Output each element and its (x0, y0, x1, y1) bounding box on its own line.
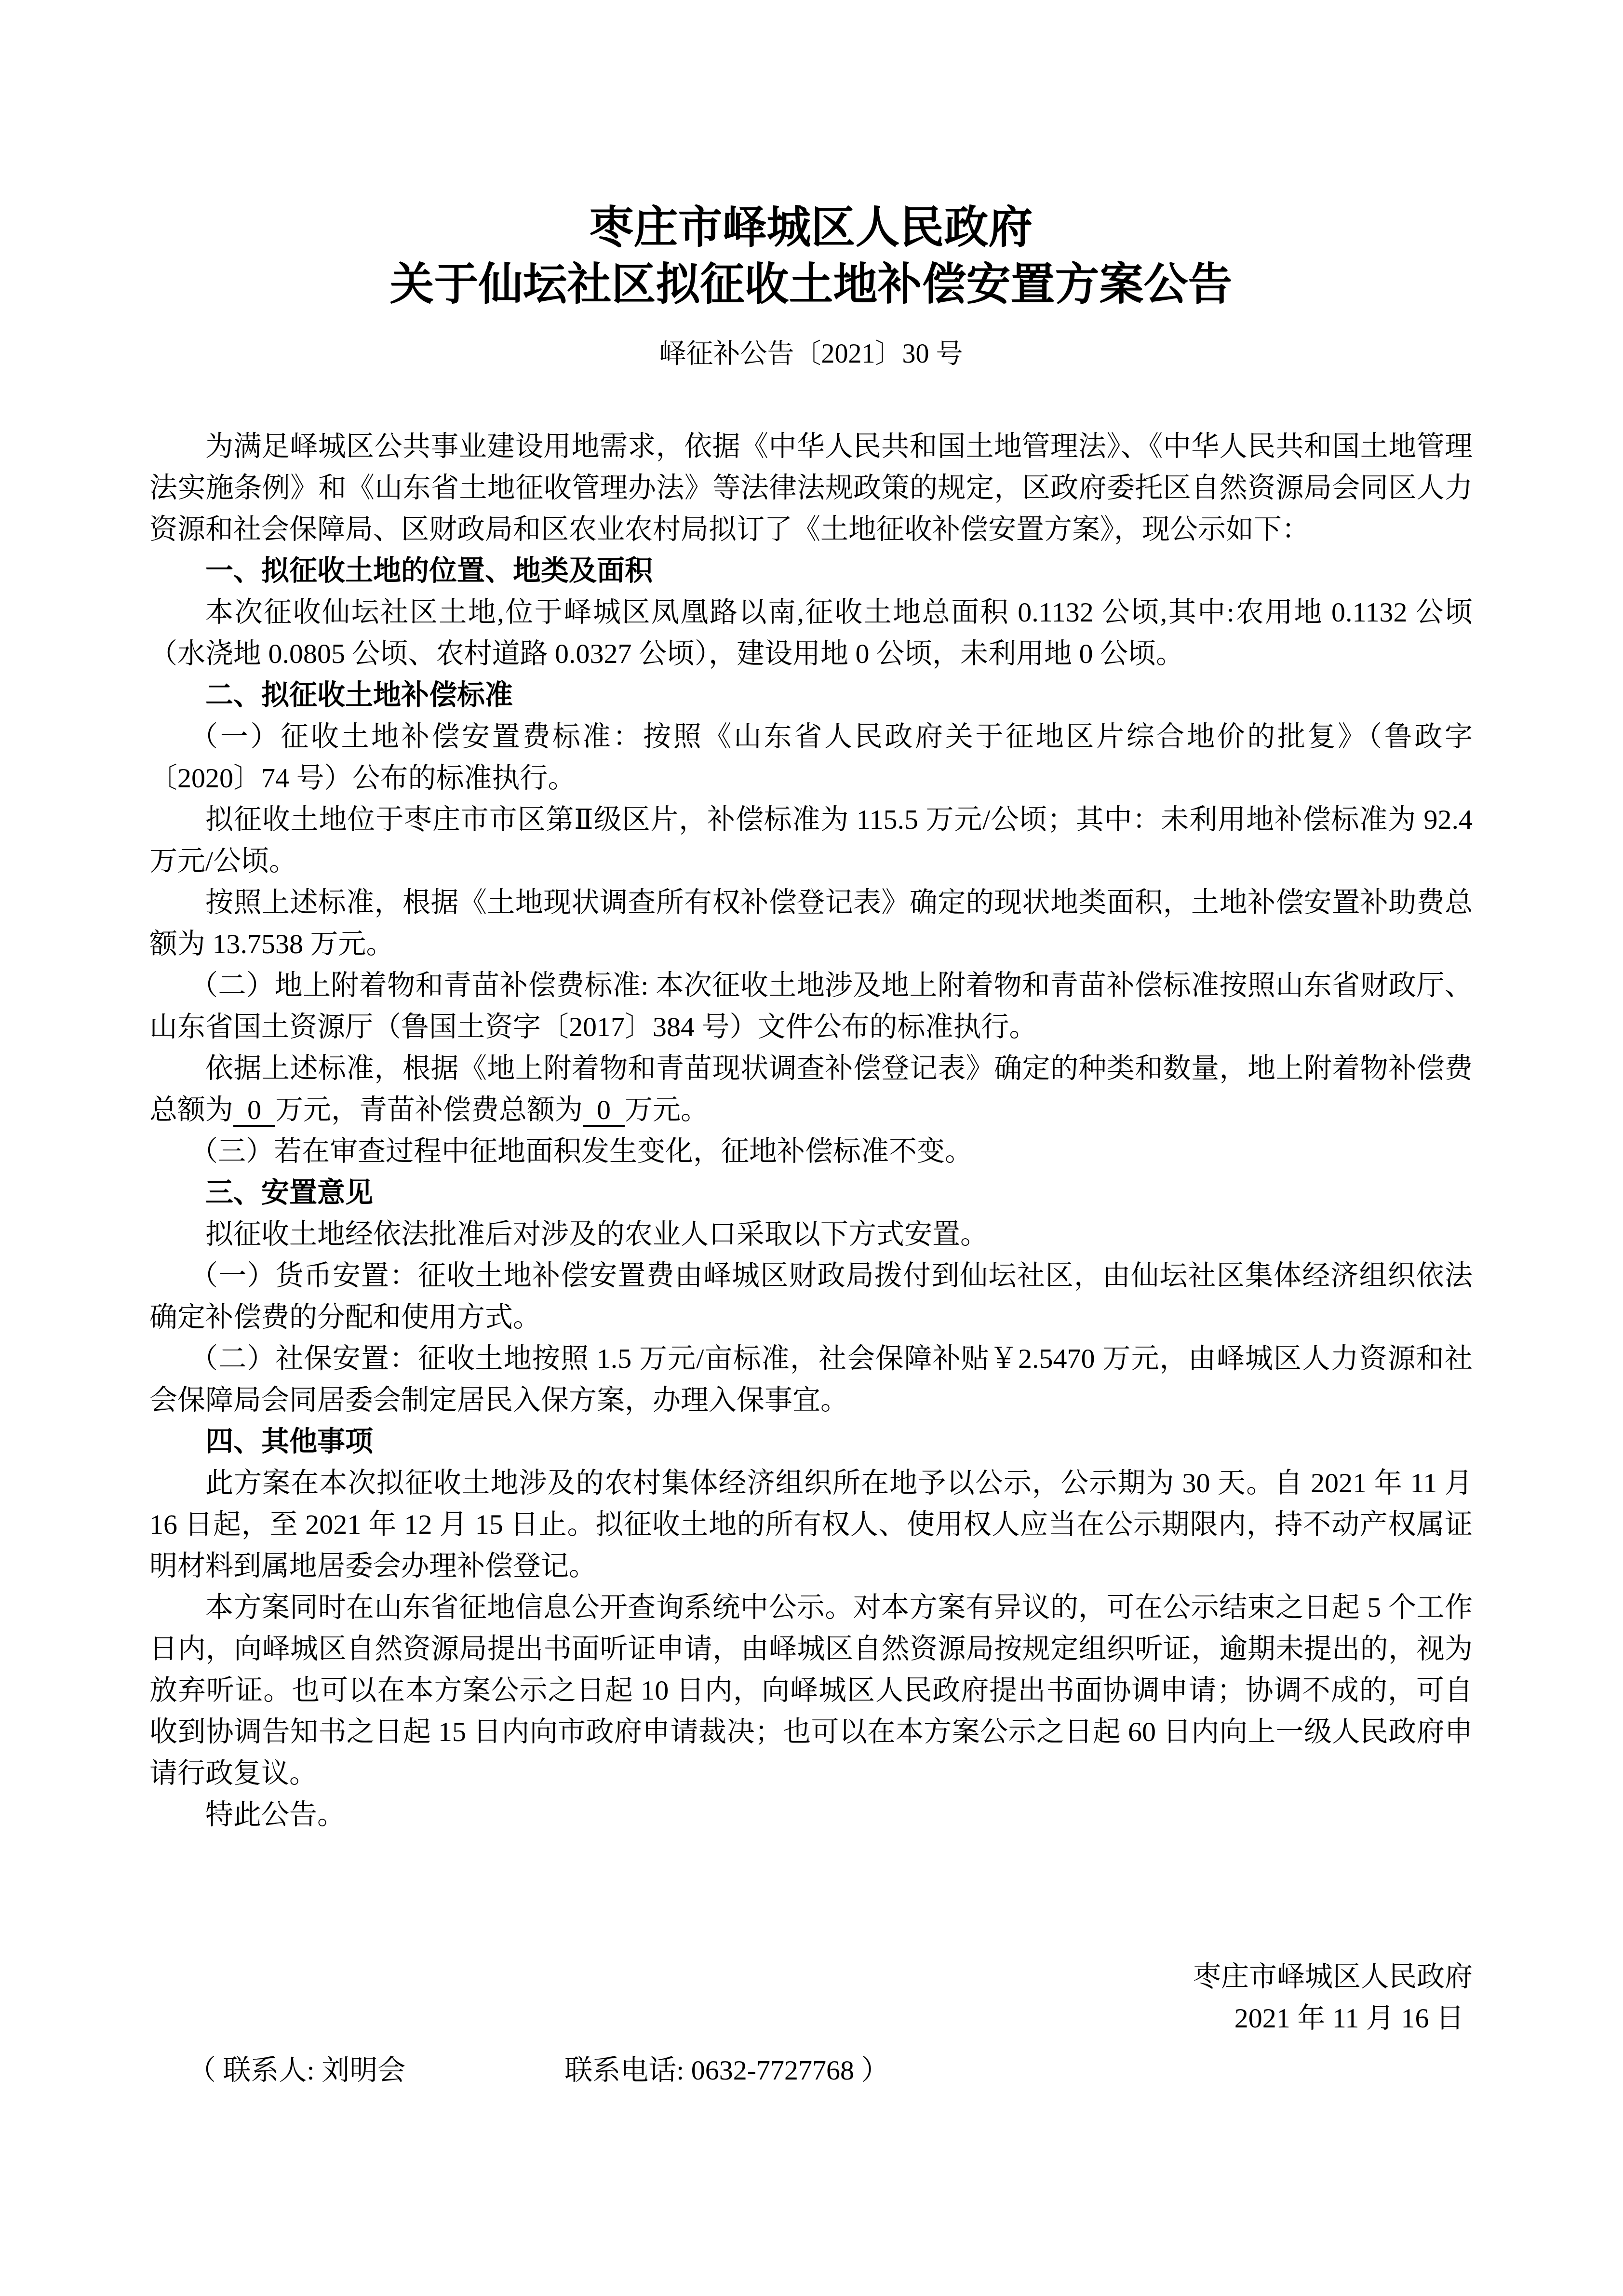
section-2-heading: 二、拟征收土地补偿标准 (149, 675, 1473, 716)
underline-paragraph-mid: 万元，青苗补偿费总额为 (275, 1094, 583, 1125)
signature-organization: 枣庄市峄城区人民政府 (149, 1956, 1473, 1998)
section-2-paragraph-5: （三）若在审查过程中征地面积发生变化，征地补偿标准不变。 (149, 1131, 1473, 1172)
section-2-paragraph-4: （二）地上附着物和青苗补偿费标准: 本次征收土地涉及地上附着物和青苗补偿标准按照… (149, 965, 1473, 1048)
contact-phone-label: 联系电话: (564, 2054, 691, 2086)
section-4-paragraph-1: 此方案在本次拟征收土地涉及的农村集体经济组织所在地予以公示，公示期为 30 天。… (149, 1462, 1473, 1587)
section-2-paragraph-1: （一）征收土地补偿安置费标准：按照《山东省人民政府关于征地区片综合地价的批复》（… (149, 716, 1473, 799)
attachment-compensation-amount: 0 (233, 1094, 275, 1125)
section-1-paragraph-1: 本次征收仙坛社区土地,位于峄城区凤凰路以南,征收土地总面积 0.1132 公顷,… (149, 592, 1473, 675)
document-body: 为满足峄城区公共事业建设用地需求，依据《中华人民共和国土地管理法》、《中华人民共… (149, 426, 1473, 2091)
underline-paragraph-post: 万元。 (625, 1094, 709, 1125)
section-3-paragraph-2: （一）货币安置：征收土地补偿安置费由峄城区财政局拨付到仙坛社区，由仙坛社区集体经… (149, 1255, 1473, 1338)
document-number: 峄征补公告〔2021〕30 号 (149, 339, 1473, 369)
section-4-heading: 四、其他事项 (149, 1421, 1473, 1462)
contact-line: （ 联系人: 刘明会联系电话: 0632-7727768 ） (149, 2050, 1473, 2091)
contact-phone-number: 0632-7727768 (691, 2054, 854, 2086)
document-title-line1: 枣庄市峄城区人民政府 (149, 199, 1473, 256)
section-3-paragraph-1: 拟征收土地经依法批准后对涉及的农业人口采取以下方式安置。 (149, 1214, 1473, 1255)
section-2-paragraph-2: 拟征收土地位于枣庄市市区第Ⅱ级区片，补偿标准为 115.5 万元/公顷；其中：未… (149, 799, 1473, 882)
document-page: 枣庄市峄城区人民政府 关于仙坛社区拟征收土地补偿安置方案公告 峄征补公告〔202… (0, 0, 1623, 2296)
contact-open-paren: （ (188, 2054, 223, 2086)
intro-paragraph: 为满足峄城区公共事业建设用地需求，依据《中华人民共和国土地管理法》、《中华人民共… (149, 426, 1473, 550)
contact-close-paren: ） (854, 2054, 889, 2086)
document-title-line2: 关于仙坛社区拟征收土地补偿安置方案公告 (149, 256, 1473, 313)
section-3-heading: 三、安置意见 (149, 1172, 1473, 1214)
contact-person-name: 刘明会 (322, 2054, 405, 2086)
seedling-compensation-amount: 0 (583, 1094, 625, 1125)
contact-person-label: 联系人: (223, 2054, 322, 2086)
signature-date: 2021 年 11 月 16 日 (149, 1998, 1473, 2039)
section-3-paragraph-3: （二）社保安置：征收土地按照 1.5 万元/亩标准，社会保障补贴￥2.5470 … (149, 1338, 1473, 1421)
section-2-underline-paragraph: 依据上述标准，根据《地上附着物和青苗现状调查补偿登记表》确定的种类和数量，地上附… (149, 1048, 1473, 1131)
closing-line: 特此公告。 (149, 1794, 1473, 1836)
section-2-paragraph-3: 按照上述标准，根据《土地现状调查所有权补偿登记表》确定的现状地类面积，土地补偿安… (149, 882, 1473, 965)
section-1-heading: 一、拟征收土地的位置、地类及面积 (149, 550, 1473, 592)
section-4-paragraph-2: 本方案同时在山东省征地信息公开查询系统中公示。对本方案有异议的，可在公示结束之日… (149, 1587, 1473, 1794)
